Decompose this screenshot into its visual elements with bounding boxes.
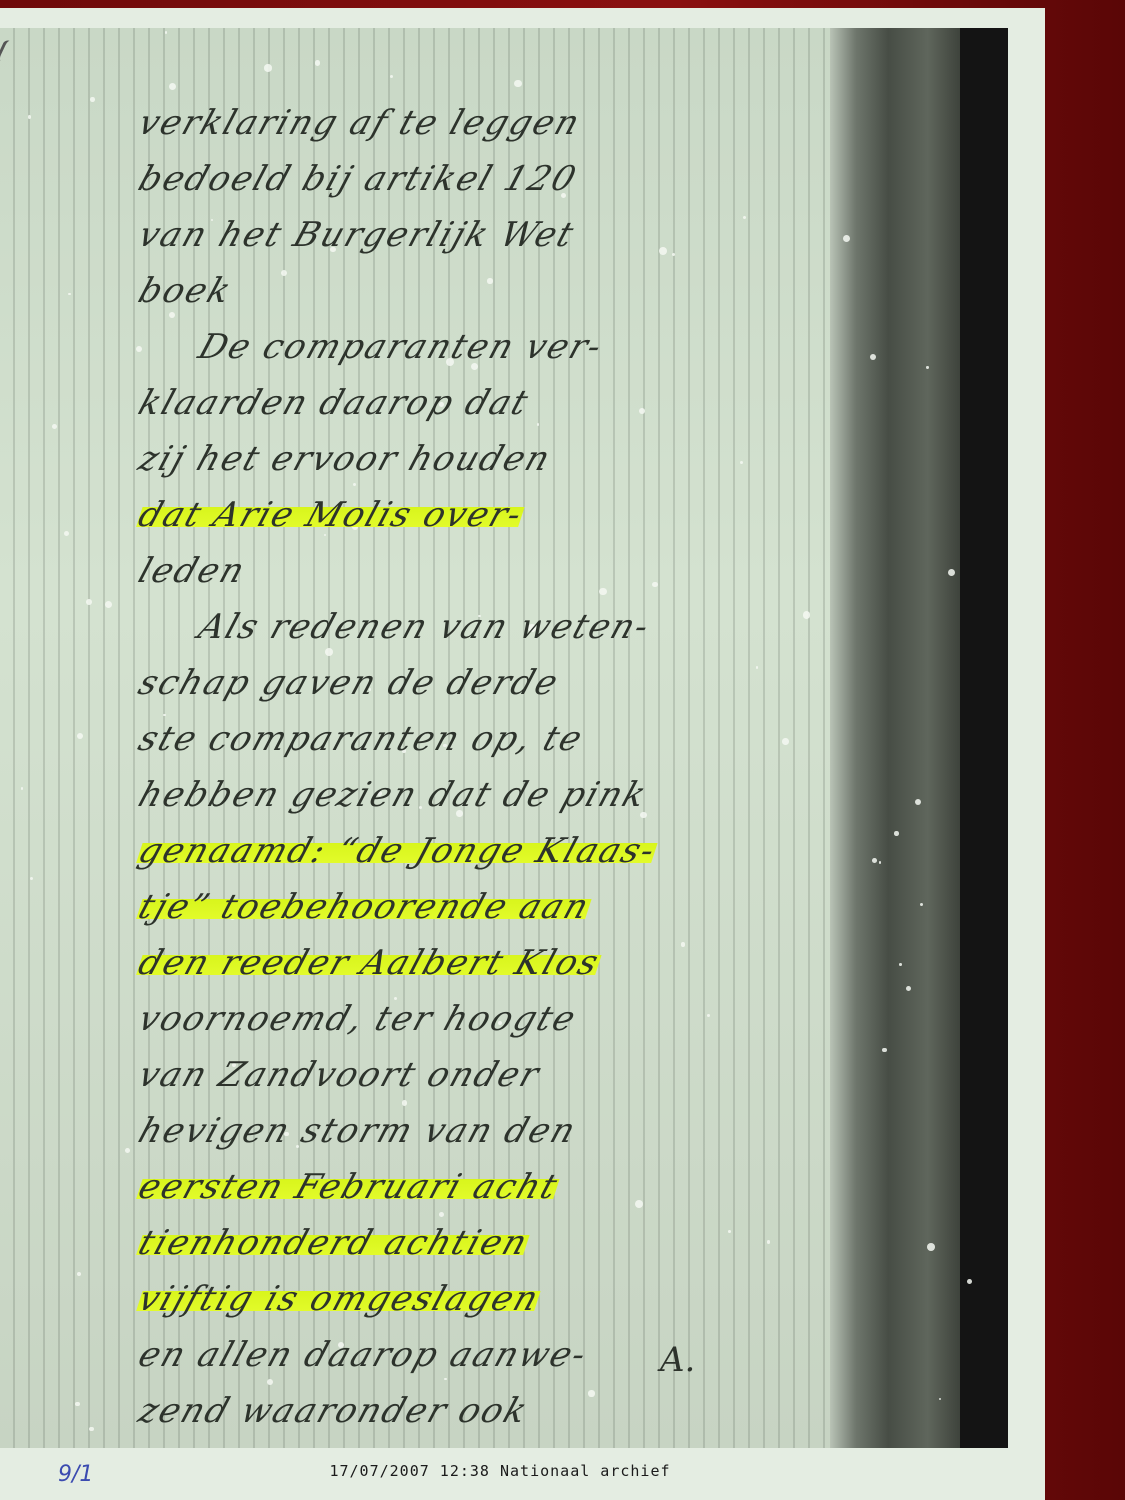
line-text: verklaring af te leggen xyxy=(134,103,587,143)
handwritten-line: klaarden daarop dat xyxy=(131,375,839,431)
dust-speck xyxy=(926,366,928,368)
line-text: ste comparanten op, te xyxy=(134,719,589,759)
handwritten-line: bedoeld bij artikel 120 xyxy=(131,151,839,207)
highlighted-text: eersten Februari acht xyxy=(134,1167,564,1207)
dust-speck xyxy=(169,83,176,90)
dust-speck xyxy=(90,97,95,102)
dust-speck xyxy=(870,354,876,360)
handwritten-line: en allen daarop aanwe- xyxy=(131,1327,839,1383)
handwritten-text-block: verklaring af te leggenbedoeld bij artik… xyxy=(140,95,830,1439)
handwritten-line: vijftig is omgeslagen xyxy=(131,1271,839,1327)
handwritten-line: genaamd: “de Jonge Klaas- xyxy=(131,823,839,879)
handwritten-line: hebben gezien dat de pink xyxy=(131,767,839,823)
handwritten-line: van het Burgerlijk Wet xyxy=(131,207,839,263)
line-text: zij het ervoor houden xyxy=(134,439,557,479)
line-text: zend waaronder ook xyxy=(134,1391,534,1431)
highlighted-text: tienhonderd achtien xyxy=(134,1223,534,1263)
handwritten-line: hevigen storm van den xyxy=(131,1103,839,1159)
dust-speck xyxy=(894,831,899,836)
line-text: hebben gezien dat de pink xyxy=(134,775,653,815)
line-text: leden xyxy=(134,551,252,591)
handwritten-line: verklaring af te leggen xyxy=(131,95,839,151)
dust-speck xyxy=(899,963,902,966)
dust-speck xyxy=(77,733,83,739)
handwritten-line: voornoemd, ter hoogte xyxy=(131,991,839,1047)
line-text: voornoemd, ter hoogte xyxy=(134,999,583,1039)
highlighted-text: vijftig is omgeslagen xyxy=(134,1279,545,1319)
signature-mark: A. xyxy=(660,1340,695,1380)
handwritten-line: De comparanten ver- xyxy=(131,319,839,375)
handwritten-line: eersten Februari acht xyxy=(131,1159,839,1215)
dust-speck xyxy=(315,60,320,65)
handwritten-line: tienhonderd achtien xyxy=(131,1215,839,1271)
line-text: Als redenen van weten- xyxy=(194,607,656,647)
line-text: van Zandvoort onder xyxy=(134,1055,546,1095)
highlighted-text: genaamd: “de Jonge Klaas- xyxy=(134,831,662,871)
line-text: schap gaven de derde xyxy=(134,663,565,703)
handwritten-line: dat Arie Molis over- xyxy=(131,487,839,543)
fax-footer-stamp: 17/07/2007 12:38 Nationaal archief xyxy=(0,1462,1000,1480)
dust-speck xyxy=(927,1243,935,1251)
handwritten-line: van Zandvoort onder xyxy=(131,1047,839,1103)
dust-speck xyxy=(879,861,881,863)
handwritten-line: Als redenen van weten- xyxy=(131,599,839,655)
handwritten-line: tje” toebehoorende aan xyxy=(131,879,839,935)
highlighted-text: dat Arie Molis over- xyxy=(134,495,529,535)
line-text: bedoeld bij artikel 120 xyxy=(134,159,583,199)
handwritten-line: zij het ervoor houden xyxy=(131,431,839,487)
photocopy-gutter-shadow xyxy=(830,28,960,1448)
line-text: van het Burgerlijk Wet xyxy=(134,215,581,255)
dust-speck xyxy=(967,1279,972,1284)
handwritten-line: zend waaronder ook xyxy=(131,1383,839,1439)
line-text: en allen daarop aanwe- xyxy=(134,1335,593,1375)
line-text: hevigen storm van den xyxy=(134,1111,583,1151)
handwritten-line: boek xyxy=(131,263,839,319)
dust-speck xyxy=(86,599,92,605)
line-text: De comparanten ver- xyxy=(194,327,609,367)
handwritten-line: schap gaven de derde xyxy=(131,655,839,711)
highlighted-text: den reeder Aalbert Klos xyxy=(134,943,606,983)
handwritten-line: leden xyxy=(131,543,839,599)
line-text: boek xyxy=(134,271,238,311)
photocopy-edge-strip xyxy=(960,28,1008,1448)
line-text: klaarden daarop dat xyxy=(134,383,535,423)
highlighted-text: tje” toebehoorende aan xyxy=(134,887,596,927)
handwritten-line: ste comparanten op, te xyxy=(131,711,839,767)
dust-speck xyxy=(68,293,70,295)
handwritten-line: den reeder Aalbert Klos xyxy=(131,935,839,991)
dust-speck xyxy=(264,64,271,71)
